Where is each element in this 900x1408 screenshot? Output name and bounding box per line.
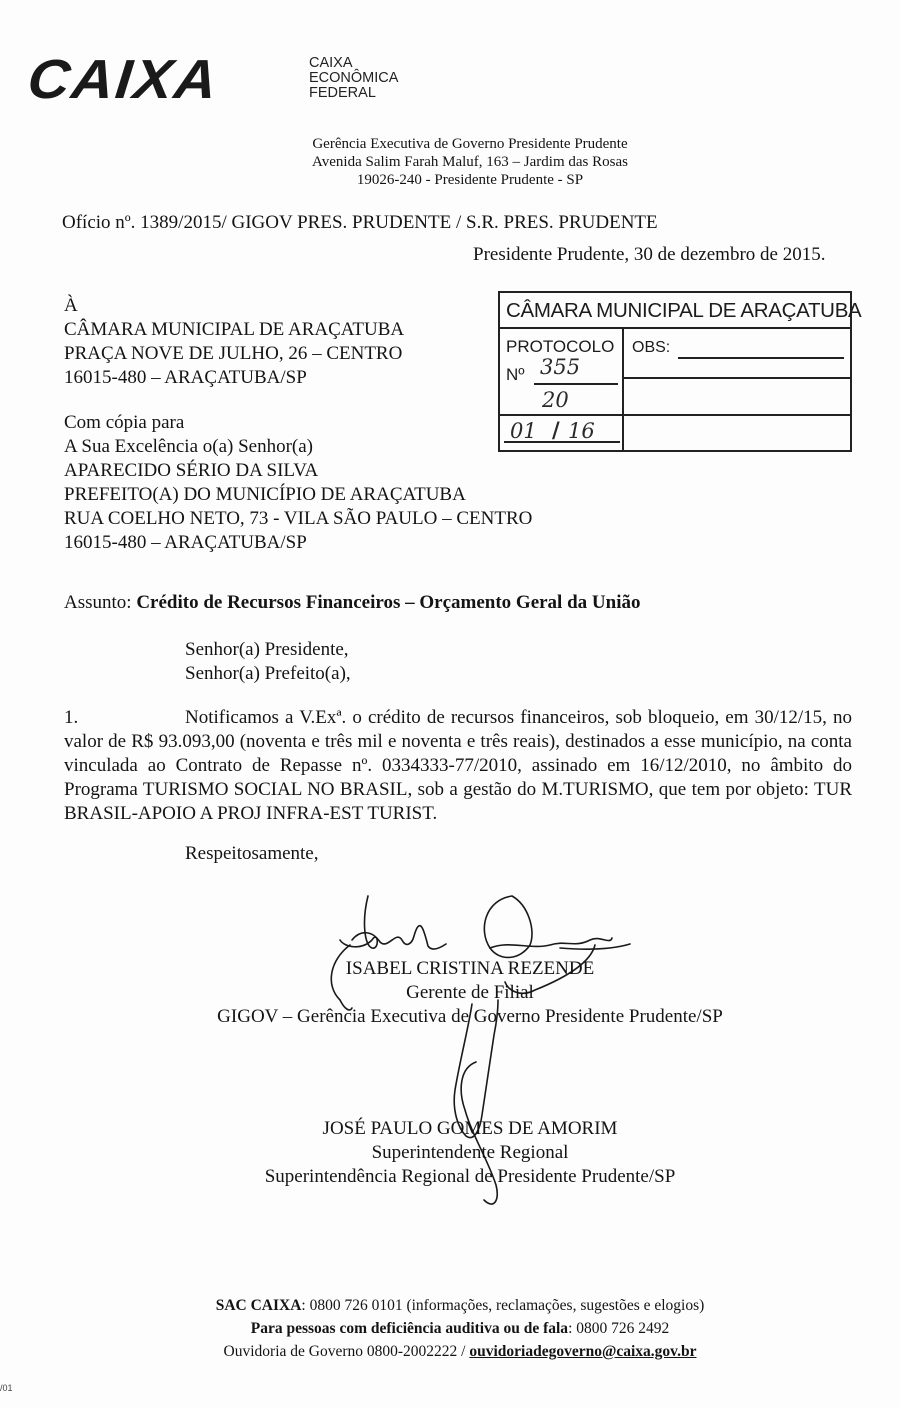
signatory-org: GIGOV – Gerência Executiva de Governo Pr… (210, 1005, 730, 1029)
recipient-line: 16015-480 – ARAÇATUBA/SP (64, 366, 404, 390)
ouvidoria-text: Ouvidoria de Governo 0800-2002222 / (224, 1343, 470, 1360)
signatory-block: ISABEL CRISTINA REZENDE Gerente de Filia… (210, 957, 730, 1029)
date-line: Presidente Prudente, 30 de dezembro de 2… (473, 243, 825, 267)
footer-sac: SAC CAIXA: 0800 726 0101 (informações, r… (180, 1294, 740, 1317)
stamp-title: CÂMARA MUNICIPAL DE ARAÇATUBA (506, 299, 861, 323)
logo-subtitle-line: ECONÔMICA (309, 71, 398, 86)
copy-line: 16015-480 – ARAÇATUBA/SP (64, 531, 532, 555)
stamp-divider (500, 414, 850, 416)
sac-text: : 0800 726 0101 (informações, reclamaçõe… (301, 1297, 704, 1314)
stamp-numero-line (534, 383, 618, 385)
ouvidoria-email-link[interactable]: ouvidoriadegoverno@caixa.gov.br (469, 1343, 696, 1360)
recipient-block: À CÂMARA MUNICIPAL DE ARAÇATUBA PRAÇA NO… (64, 294, 404, 390)
stamp-divider (622, 327, 624, 450)
stamp-obs-line (678, 357, 844, 359)
deaf-text: : 0800 726 2492 (568, 1320, 669, 1337)
stamp-sub-value: 20 (542, 388, 569, 412)
address-line: Gerência Executiva de Governo Presidente… (250, 135, 690, 153)
stamp-date-slash: / (552, 417, 560, 442)
sac-label: SAC CAIXA (216, 1297, 302, 1314)
salutation-line: Senhor(a) Presidente, (185, 638, 351, 662)
paragraph-number: 1. (64, 706, 185, 730)
subject-text: Crédito de Recursos Financeiros – Orçame… (136, 592, 640, 613)
footer-ouvidoria: Ouvidoria de Governo 0800-2002222 / ouvi… (180, 1340, 740, 1363)
logo-subtitle-line: CAIXA (309, 56, 398, 71)
stamp-obs-label: OBS: (632, 339, 670, 357)
recipient-line: PRAÇA NOVE DE JULHO, 26 – CENTRO (64, 342, 404, 366)
logo-subtitle-line: FEDERAL (309, 86, 398, 101)
copy-line: RUA COELHO NETO, 73 - VILA SÃO PAULO – C… (64, 507, 532, 531)
copy-line: A Sua Excelência o(a) Senhor(a) (64, 435, 532, 459)
recipient-line: CÂMARA MUNICIPAL DE ARAÇATUBA (64, 318, 404, 342)
signatory-name: JOSÉ PAULO GOMES DE AMORIM (210, 1117, 730, 1141)
subject-line: Assunto: Crédito de Recursos Financeiros… (64, 591, 640, 615)
footer-deaf: Para pessoas com deficiência auditiva ou… (180, 1317, 740, 1340)
address-line: Avenida Salim Farah Maluf, 163 – Jardim … (250, 153, 690, 171)
copy-line: Com cópia para (64, 411, 532, 435)
protocol-stamp: CÂMARA MUNICIPAL DE ARAÇATUBA PROTOCOLO … (498, 291, 852, 452)
stamp-date-year: 16 (568, 419, 595, 443)
stamp-protocolo-label: PROTOCOLO (506, 337, 614, 357)
copy-to-block: Com cópia para A Sua Excelência o(a) Sen… (64, 411, 532, 555)
address-line: 19026-240 - Presidente Prudente - SP (250, 171, 690, 189)
closing: Respeitosamente, (185, 842, 319, 866)
sender-address: Gerência Executiva de Governo Presidente… (250, 135, 690, 189)
subject-label: Assunto: (64, 592, 132, 613)
oficio-reference: Ofício nº. 1389/2015/ GIGOV PRES. PRUDEN… (62, 211, 658, 235)
caixa-logo-wordmark: CAIXA (25, 52, 221, 109)
body-paragraph: 1.Notificamos a V.Exª. o crédito de recu… (64, 706, 852, 826)
copy-line: APARECIDO SÉRIO DA SILVA (64, 459, 532, 483)
caixa-logo-subtitle: CAIXA ECONÔMICA FEDERAL (309, 56, 398, 101)
page-reference: /01 (0, 1383, 13, 1393)
salutation: Senhor(a) Presidente, Senhor(a) Prefeito… (185, 638, 351, 686)
recipient-line: À (64, 294, 404, 318)
signatory-role: Gerente de Filial (210, 981, 730, 1005)
stamp-numero-value: 355 (540, 355, 580, 379)
footer-contacts: SAC CAIXA: 0800 726 0101 (informações, r… (180, 1294, 740, 1363)
signatory-block: JOSÉ PAULO GOMES DE AMORIM Superintenden… (210, 1117, 730, 1189)
salutation-line: Senhor(a) Prefeito(a), (185, 662, 351, 686)
stamp-divider (624, 377, 850, 379)
copy-line: PREFEITO(A) DO MUNICÍPIO DE ARAÇATUBA (64, 483, 532, 507)
stamp-numero-label: Nº (506, 365, 525, 385)
deaf-label: Para pessoas com deficiência auditiva ou… (251, 1320, 568, 1337)
signatory-org: Superintendência Regional de Presidente … (210, 1165, 730, 1189)
signatory-name: ISABEL CRISTINA REZENDE (210, 957, 730, 981)
signatory-role: Superintendente Regional (210, 1141, 730, 1165)
stamp-divider (500, 327, 850, 329)
